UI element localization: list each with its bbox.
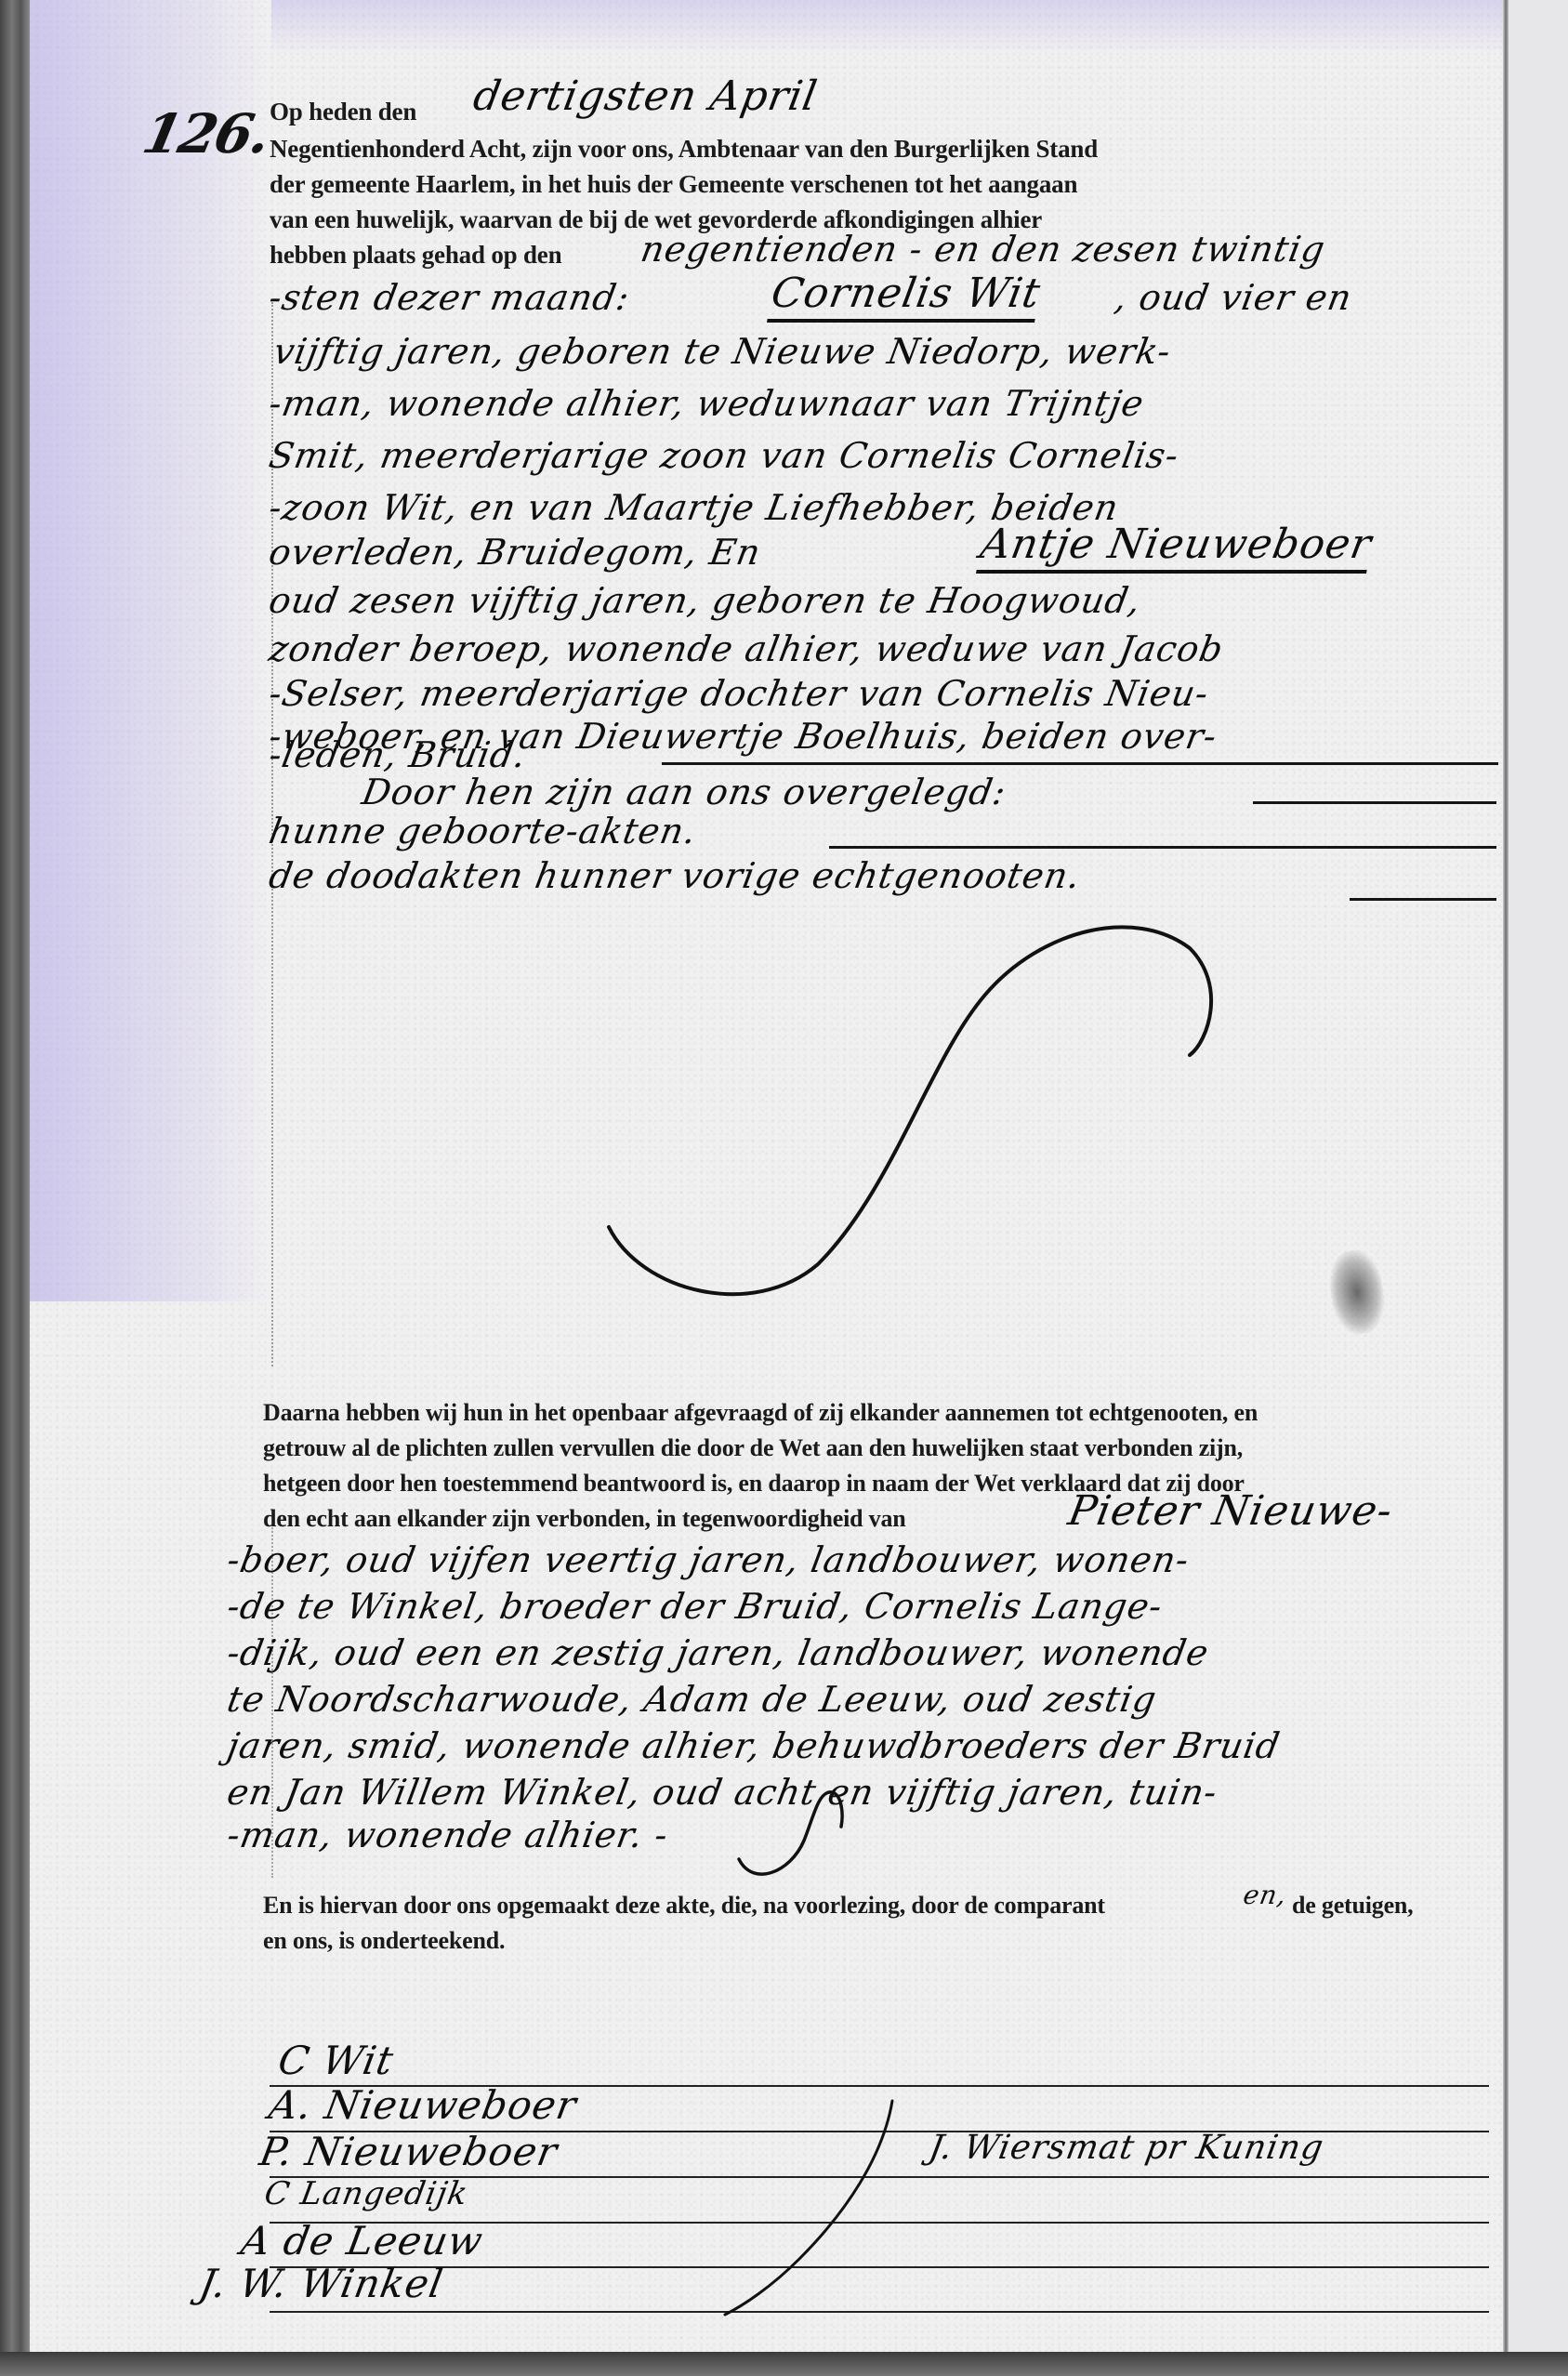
signature-groom: C Wit — [275, 2038, 398, 2083]
fill-rule — [829, 846, 1496, 849]
fill-rule — [662, 762, 1498, 765]
printed-line-2: Negentienhonderd Acht, zijn voor ons, Am… — [270, 130, 1236, 167]
handwritten-proclamation-dates: negentienden - en den zesen twintig — [638, 229, 1328, 270]
book-binding — [0, 0, 30, 2376]
bride-name: Antje Nieuweboer — [976, 521, 1376, 574]
docs-line: Door hen zijn aan ons overgelegd: — [359, 772, 1009, 812]
hand-line: Smit, meerderjarige zoon van Cornelis Co… — [266, 435, 1182, 476]
printed-para2-line-1: Daarna hebben wij hun in het openbaar af… — [263, 1394, 1230, 1432]
witness-line: jaren, smid, wonende alhier, behuwdbroed… — [224, 1725, 1284, 1766]
printed-line-3: der gemeente Haarlem, in het huis der Ge… — [270, 165, 1236, 203]
printed-para2-line-2: getrouw al de plichten zullen vervullen … — [263, 1430, 1230, 1467]
small-flourish — [725, 1785, 855, 1887]
fill-rule — [1253, 801, 1496, 804]
registrar-signature-stroke — [706, 2082, 948, 2324]
signature-witness-2: C Langedijk — [261, 2175, 470, 2212]
witness-line: -de te Winkel, broeder der Bruid, Cornel… — [224, 1586, 1166, 1627]
next-page-edge — [1509, 0, 1568, 2352]
scan-tint-left — [30, 0, 271, 1301]
hand-line: zonder beroep, wonende alhier, weduwe va… — [266, 628, 1227, 669]
groom-name: Cornelis Wit — [767, 270, 1045, 323]
hand-line: -man, wonende alhier, weduwnaar van Trij… — [266, 383, 1147, 424]
fill-rule — [1350, 898, 1496, 901]
witness-line: -dijk, oud een en zestig jaren, landbouw… — [224, 1632, 1212, 1673]
signature-registrar: J. Wiersmat pr Kuning — [926, 2129, 1326, 2167]
hand-line: oud zesen vijftig jaren, geboren te Hoog… — [266, 580, 1144, 621]
entry-number: 126. — [138, 102, 275, 165]
hand-line: -leden, Bruid. — [266, 734, 530, 775]
closing-insert: en, — [1241, 1880, 1289, 1910]
hand-line: overleden, Bruidegom, En — [266, 532, 764, 573]
hand-line: , oud vier en — [1112, 277, 1355, 318]
page-bottom-edge — [0, 2352, 1568, 2376]
hand-line: -sten dezer maand: — [266, 277, 633, 318]
scan-tint-top — [271, 0, 1554, 56]
witness-line: en Jan Willem Winkel, oud acht en vijfti… — [224, 1772, 1220, 1813]
docs-line: de doodakten hunner vorige echtgenooten. — [266, 855, 1084, 896]
hand-line: vijftig jaren, geboren te Nieuwe Niedorp… — [270, 331, 1174, 372]
witness-line: te Noordscharwoude, Adam de Leeuw, oud z… — [224, 1679, 1160, 1720]
first-witness-name: Pieter Nieuwe- — [1065, 1487, 1397, 1535]
signature-witness-3: A de Leeuw — [238, 2218, 487, 2264]
signature-witness-4: J. W. Winkel — [196, 2261, 447, 2306]
witness-line: -man, wonende alhier. - — [224, 1815, 672, 1855]
witness-line: -boer, oud vijfen veertig jaren, landbou… — [224, 1539, 1192, 1580]
closing-line-1b: de getuigen, — [1292, 1887, 1478, 1924]
signature-witness-1: P. Nieuweboer — [257, 2129, 561, 2174]
hand-line: -Selser, meerderjarige dochter van Corne… — [266, 673, 1212, 714]
blank-space-flourish — [558, 911, 1301, 1320]
handwritten-date: dertigsten April — [470, 73, 822, 120]
closing-line-1: En is hiervan door ons opgemaakt deze ak… — [263, 1887, 1230, 1924]
closing-line-2: en ons, is onderteekend. — [263, 1922, 1230, 1960]
docs-line: hunne geboorte-akten. — [266, 811, 700, 851]
signature-bride: A. Nieuweboer — [266, 2082, 581, 2128]
